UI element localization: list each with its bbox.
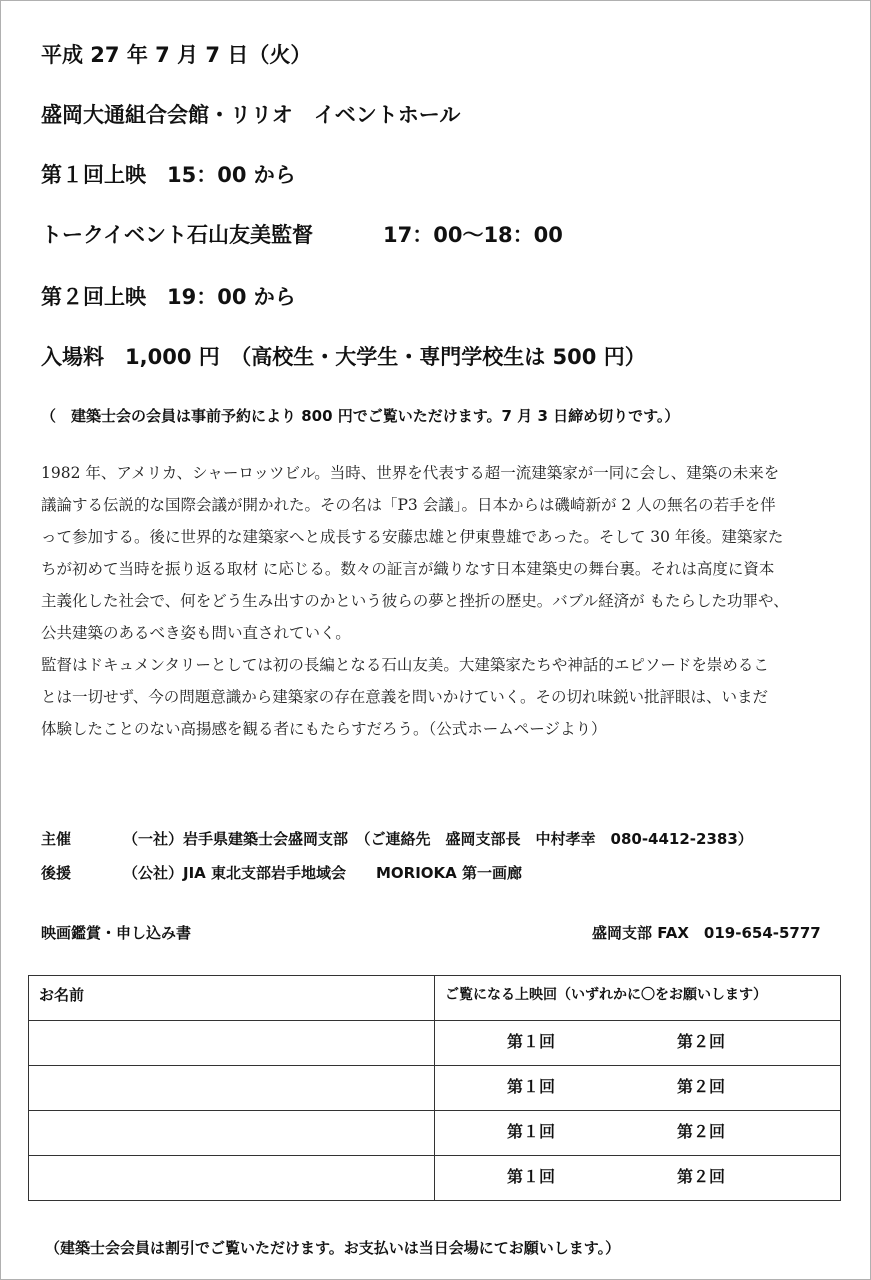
description-line: 体験したことのない高揚感を観る者にもたらすだろう。（公式ホームページより） (41, 713, 841, 745)
screening-option-2[interactable]: 第２回 (677, 1119, 725, 1142)
talk-event-label: トークイベント石山友美監督 (41, 219, 313, 249)
screening-1-time: 第１回上映 15：00 から (41, 159, 296, 189)
screening-2-time: 第２回上映 19：00 から (41, 281, 296, 311)
application-table: お名前 ご覧になる上映回（いずれかに〇をお願いします） 第１回第２回 第１回第２… (28, 975, 841, 1201)
fax-number: 盛岡支部 FAX 019-654-5777 (592, 922, 821, 943)
film-description: 1982 年、アメリカ、シャーロッツビル。当時、世界を代表する超一流建築家が一同… (41, 457, 841, 745)
table-row: 第１回第２回 (29, 1156, 841, 1201)
table-row: 第１回第２回 (29, 1066, 841, 1111)
admission-fee: 入場料 1,000 円 （高校生・大学生・専門学校生は 500 円） (41, 341, 646, 371)
screening-option-1[interactable]: 第１回 (507, 1164, 677, 1187)
description-line: とは一切せず、今の問題意識から建築家の存在意義を問いかけていく。その切れ味鋭い批… (41, 681, 841, 713)
name-field[interactable] (29, 1066, 435, 1111)
screening-column-header: ご覧になる上映回（いずれかに〇をお願いします） (435, 976, 840, 1004)
flyer-page: 平成 27 年 7 月 7 日（火） 盛岡大通組合会館・リリオ イベントホール … (0, 0, 871, 1280)
member-discount-note: （ 建築士会の会員は事前予約により 800 円でご覧いただけます。7 月 3 日… (41, 405, 679, 426)
description-line: 公共建築のあるべき姿も問い直されていく。 (41, 617, 841, 649)
application-form-title: 映画鑑賞・申し込み書 (41, 922, 191, 943)
support-value: （公社）JIA 東北支部岩手地域会 MORIOKA 第一画廊 (123, 862, 522, 883)
description-line: って参加する。後に世界的な建築家へと成長する安藤忠雄と伊東豊雄であった。そして … (41, 521, 841, 553)
name-column-header: お名前 (29, 976, 434, 1005)
host-label: 主催 (41, 828, 71, 849)
table-header-row: お名前 ご覧になる上映回（いずれかに〇をお願いします） (29, 976, 841, 1021)
name-field[interactable] (29, 1156, 435, 1201)
host-value: （一社）岩手県建築士会盛岡支部 （ご連絡先 盛岡支部長 中村孝幸 080-441… (123, 828, 753, 849)
event-date: 平成 27 年 7 月 7 日（火） (41, 39, 311, 69)
support-label: 後援 (41, 862, 71, 883)
description-line: 主義化した社会で、何をどう生み出すのかという彼らの夢と挫折の歴史。バブル経済が … (41, 585, 841, 617)
event-venue: 盛岡大通組合会館・リリオ イベントホール (41, 99, 460, 129)
description-line: 1982 年、アメリカ、シャーロッツビル。当時、世界を代表する超一流建築家が一同… (41, 457, 841, 489)
table-row: 第１回第２回 (29, 1111, 841, 1156)
screening-option-2[interactable]: 第２回 (677, 1074, 725, 1097)
description-line: ちが初めて当時を振り返る取材 に応じる。数々の証言が織りなす日本建築史の舞台裏。… (41, 553, 841, 585)
talk-event-time: 17：00〜18：00 (383, 219, 563, 249)
table-row: 第１回第２回 (29, 1021, 841, 1066)
screening-option-2[interactable]: 第２回 (677, 1164, 725, 1187)
payment-note: （建築士会会員は割引でご覧いただけます。お支払いは当日会場にてお願いします。） (45, 1237, 620, 1258)
name-field[interactable] (29, 1111, 435, 1156)
screening-option-2[interactable]: 第２回 (677, 1029, 725, 1052)
screening-option-1[interactable]: 第１回 (507, 1119, 677, 1142)
name-field[interactable] (29, 1021, 435, 1066)
screening-option-1[interactable]: 第１回 (507, 1029, 677, 1052)
description-line: 議論する伝説的な国際会議が開かれた。その名は「P3 会議」。日本からは磯崎新が … (41, 489, 841, 521)
screening-option-1[interactable]: 第１回 (507, 1074, 677, 1097)
description-line: 監督はドキュメンタリーとしては初の長編となる石山友美。大建築家たちや神話的エピソ… (41, 649, 841, 681)
